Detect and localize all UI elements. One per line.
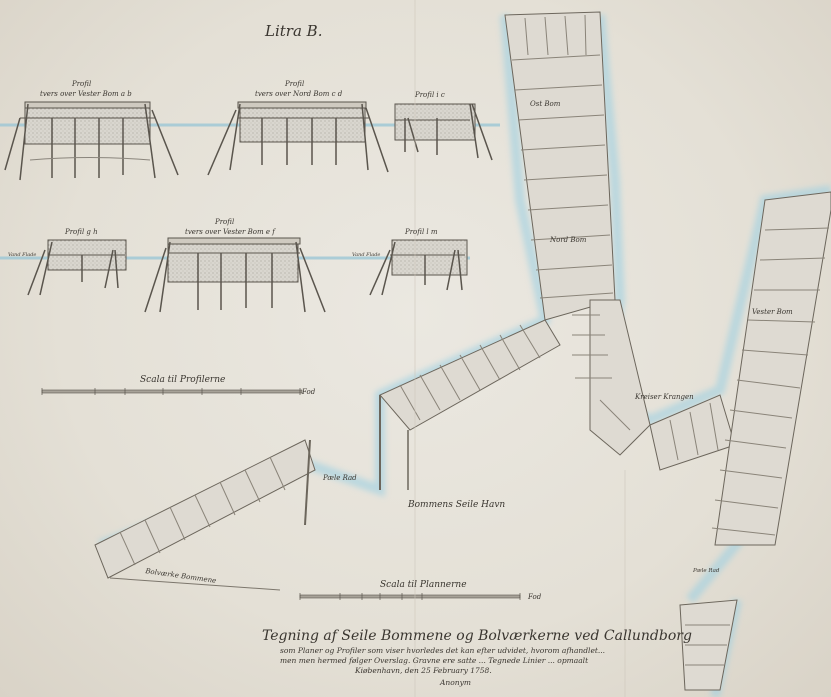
profile-ef [145, 238, 325, 312]
profile-gh-title: Profil g h [65, 228, 98, 236]
cartouche-date: Kiøbenhavn, den 25 February 1758. [355, 666, 492, 675]
scale-profiles [42, 388, 302, 395]
label-nord-bom: Nord Bom [550, 236, 586, 244]
scale-plans-title: Scala til Plannerne [380, 580, 467, 590]
label-vester-bom: Vester Bom [752, 308, 793, 316]
drawing-sheet: Litra B. Profil tvers over Vester Bom a … [0, 0, 831, 697]
cartouche-line-1: som Planer og Profiler som viser hvorled… [280, 646, 605, 655]
pier-southwest [95, 440, 315, 590]
profile-gh [28, 240, 126, 295]
pier-west-diagonal [380, 320, 560, 490]
technical-drawing [0, 0, 831, 697]
profile-cd-title: Profil [285, 80, 304, 88]
scale-plans-unit: Fod [528, 593, 541, 601]
label-pale-rad-2: Pæle Rad [693, 568, 719, 574]
profile-ab-title: Profil [72, 80, 91, 88]
profile-ab [5, 102, 178, 180]
scale-profiles-title: Scala til Profilerne [140, 375, 225, 385]
label-pale-rad: Pæle Rad [323, 474, 357, 482]
profile-ab-subtitle: tvers over Vester Bom a b [40, 90, 132, 98]
water-level-label-right: Vand Flade [352, 252, 380, 258]
profile-cd [208, 102, 388, 175]
pier-kreiser [572, 300, 735, 470]
profile-ic [395, 104, 492, 160]
label-ost-bom: Ost Bom [530, 100, 560, 108]
label-kreiser-krangen: Kreiser Krangen [635, 393, 694, 401]
profile-lm-title: Profil l m [405, 228, 438, 236]
scale-plans [300, 593, 520, 600]
profile-ef-title: Profil [215, 218, 234, 226]
cartouche-signature: Anonym [440, 678, 471, 687]
plate-label: Litra B. [265, 22, 322, 40]
cartouche-title: Tegning af Seile Bommene og Bolværkerne … [262, 628, 692, 644]
water-level-label-left: Vand Flade [8, 252, 36, 258]
label-bommens-seile-havn: Bommens Seile Havn [408, 500, 505, 510]
pier-south-small [680, 600, 737, 690]
profile-ef-subtitle: tvers over Vester Bom e f [185, 228, 275, 236]
cartouche-line-2: men men hermed følger Overslag. Gravne e… [280, 656, 588, 665]
scale-profiles-unit: Fod [302, 388, 315, 396]
profile-cd-subtitle: tvers over Nord Bom c d [255, 90, 342, 98]
profile-ic-title: Profil i c [415, 91, 445, 99]
profile-lm [370, 240, 467, 295]
